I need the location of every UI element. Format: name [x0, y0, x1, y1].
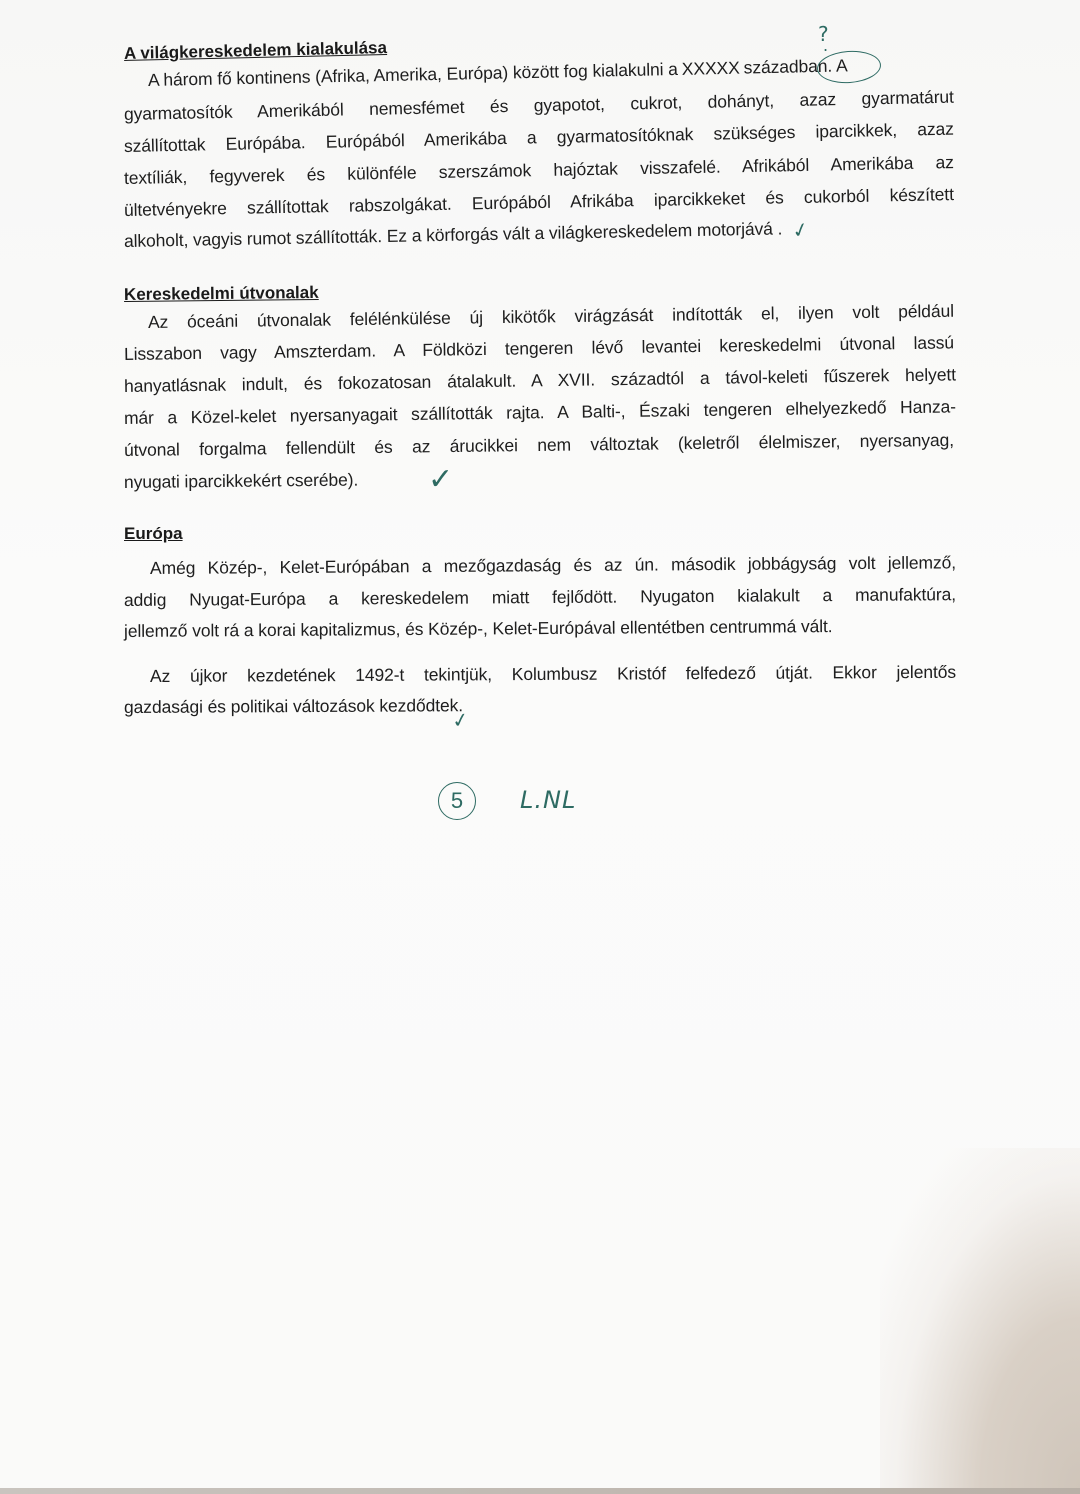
checkmark-icon: ✓ [450, 707, 471, 734]
paragraph-line: textíliák, fegyverek és különféle szersz… [124, 152, 954, 189]
paragraph-line: jellemző volt rá a korai kapitalizmus, é… [124, 616, 833, 642]
paragraph-line: addig Nyugat-Európa a kereskedelem miatt… [124, 584, 956, 611]
question-dot-annotation: . [823, 36, 828, 55]
paragraph-line: Az újkor kezdetének 1492-t tekintjük, Ko… [150, 662, 956, 687]
paragraph-line: már a Közel-kelet nyersanyagait szállíto… [124, 396, 956, 429]
paragraph-line: ültetvényekre szállítottak rabszolgákat.… [124, 184, 954, 221]
paragraph-line: gazdasági és politikai változások kezdőd… [124, 695, 463, 718]
paragraph-line: Az óceáni útvonalak felélénkülése új kik… [148, 301, 954, 333]
paragraph-line: nyugati iparcikkekért cserébe). [124, 470, 358, 493]
paragraph-line: hanyatlásnak indult, és fokozatosan átal… [124, 364, 956, 397]
paragraph-line: gyarmatosítók Amerikából nemesfémet és g… [124, 87, 954, 125]
line-text: A három fő kontinens (Afrika, Amerika, E… [148, 59, 678, 90]
circled-word: XXXXX [678, 58, 744, 79]
checkmark-icon: ✓ [789, 216, 811, 244]
paragraph-line: Lisszabon vagy Amszterdam. A Földközi te… [124, 332, 954, 365]
paragraph-line: alkoholt, vagyis rumot szállították. Ez … [124, 218, 783, 252]
section-heading-world-trade: A világkereskedelem kialakulása [124, 38, 387, 64]
teacher-initials: L.NL [520, 786, 576, 814]
paper-edge [0, 1488, 1080, 1494]
paragraph-line: Amég Közép-, Kelet-Európában a mezőgazda… [150, 552, 956, 579]
scanned-page: A világkereskedelem kialakulása A három … [0, 0, 1080, 1488]
grade-badge: 5 [438, 782, 476, 820]
paper-shadow [880, 1148, 1080, 1488]
section-heading-europe: Európa [124, 524, 183, 544]
paragraph-line: útvonal forgalma fellendült és az árucik… [124, 430, 954, 461]
grade-value: 5 [451, 788, 463, 814]
checkmark-icon: ✓ [428, 462, 453, 497]
paragraph-line: szállítottak Európába. Európából Ameriká… [124, 119, 954, 157]
section-heading-trade-routes: Kereskedelmi útvonalak [124, 283, 319, 305]
